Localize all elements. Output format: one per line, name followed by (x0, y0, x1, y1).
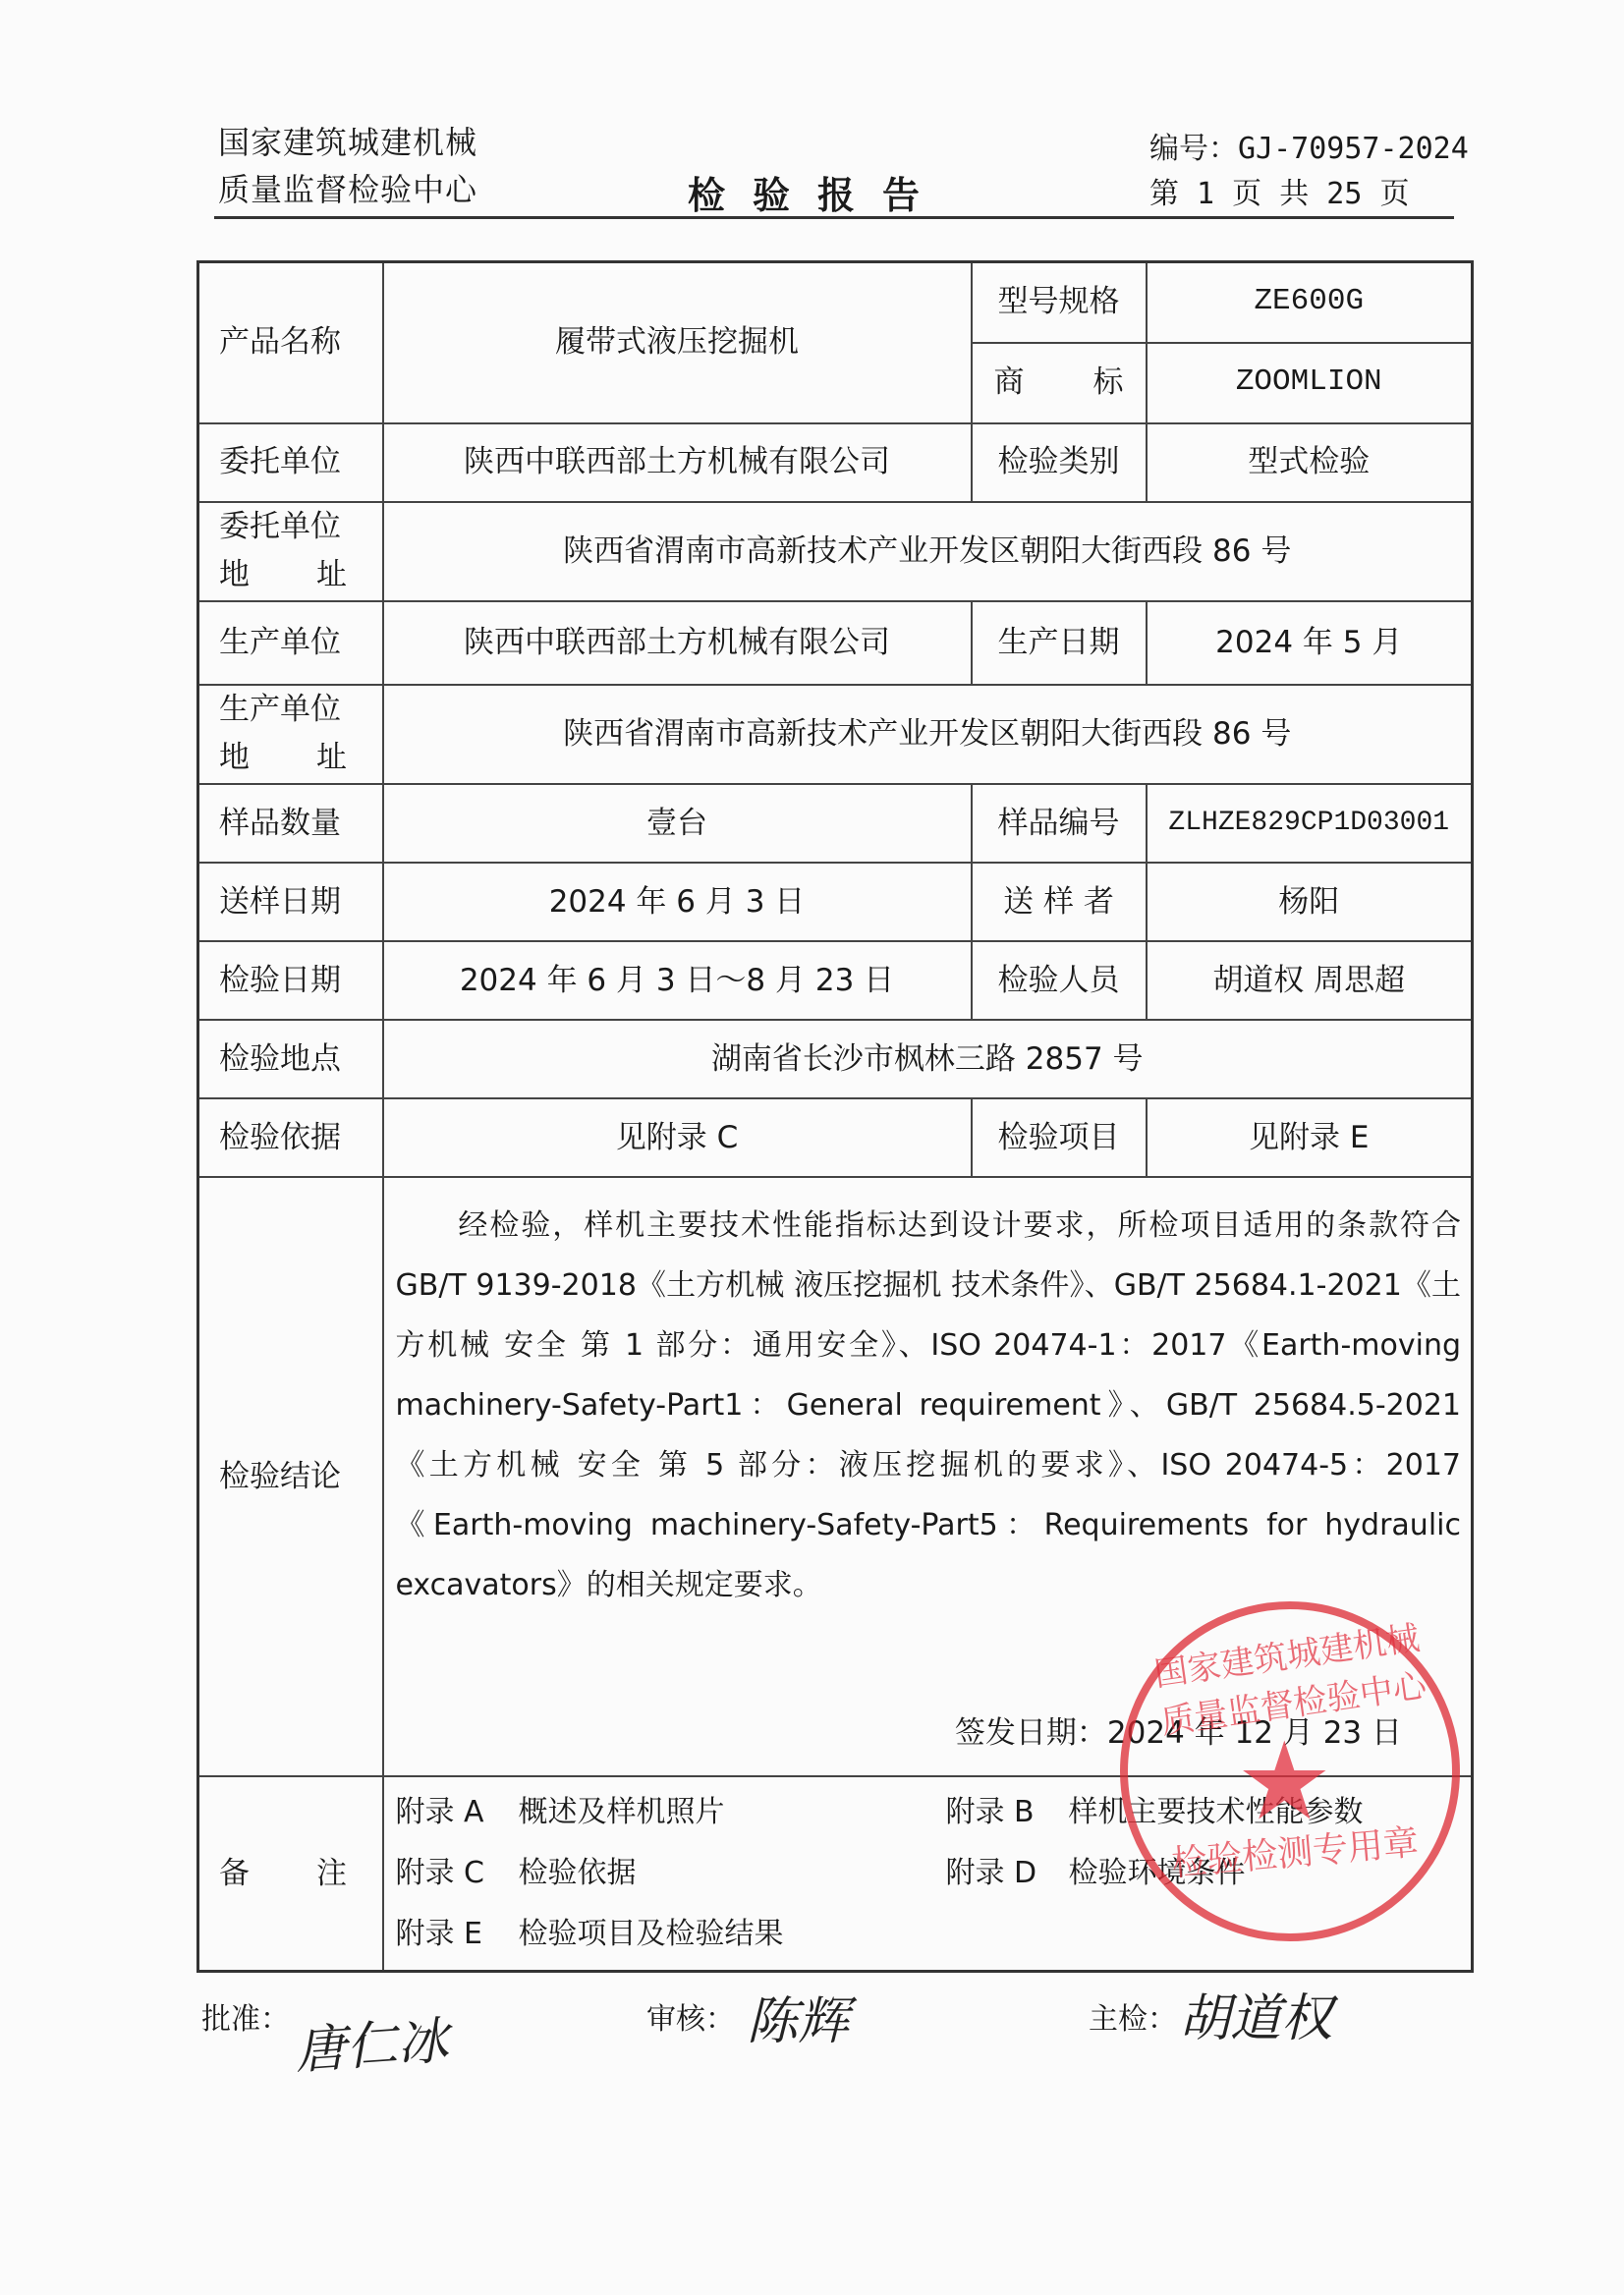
client-label: 委托单位 (198, 423, 383, 502)
chief-inspector-signature: 胡道权 (1179, 1977, 1332, 2050)
issue-date: 签发日期：2024 年 12 月 23 日 (396, 1704, 1462, 1763)
annex-a: 附录 A概述及样机照片 (396, 1787, 946, 1838)
manufacturer-address-label: 生产单位 地址 (198, 685, 383, 784)
sample-qty-label: 样品数量 (198, 784, 383, 863)
brand-label: 商标 (972, 343, 1147, 423)
page-info: 第 1 页 共 25 页 (1149, 169, 1410, 212)
inspectors-value: 胡道权 周思超 (1147, 941, 1473, 1020)
review-label: 审核： (646, 1994, 735, 2038)
items-value: 见附录 E (1147, 1098, 1473, 1177)
inspection-date-value: 2024 年 6 月 3 日～8 月 23 日 (383, 941, 972, 1020)
client-address-label: 委托单位 地址 (198, 502, 383, 601)
report-table: 产品名称 履带式液压挖掘机 型号规格 ZE600G 商标 ZOOMLION 委托… (196, 260, 1474, 1973)
remarks-label: 备注 (198, 1776, 383, 1972)
inspection-type-label: 检验类别 (972, 423, 1147, 502)
product-name: 履带式液压挖掘机 (383, 262, 972, 423)
sample-no-label: 样品编号 (972, 784, 1147, 863)
delivery-date-value: 2024 年 6 月 3 日 (383, 863, 972, 941)
manufacturer-value: 陕西中联西部土方机械有限公司 (383, 601, 972, 685)
inspectors-label: 检验人员 (972, 941, 1147, 1020)
annex-c: 附录 C检验依据 (396, 1848, 946, 1899)
org-name-line1: 国家建筑城建机械 (218, 118, 477, 163)
annex-b: 附录 B样机主要技术性能参数 (946, 1787, 1460, 1838)
conclusion-label: 检验结论 (198, 1177, 383, 1776)
manufacturer-label: 生产单位 (198, 601, 383, 685)
inspection-type-value: 型式检验 (1147, 423, 1473, 502)
basis-value: 见附录 C (383, 1098, 972, 1177)
production-date-label: 生产日期 (972, 601, 1147, 685)
header-divider (214, 216, 1454, 219)
page-title: 检验报告 (688, 165, 947, 219)
location-label: 检验地点 (198, 1020, 383, 1098)
basis-label: 检验依据 (198, 1098, 383, 1177)
model-label: 型号规格 (972, 262, 1147, 343)
conclusion-text: 经检验，样机主要技术性能指标达到设计要求，所检项目适用的条款符合 GB/T 91… (396, 1196, 1462, 1615)
sample-qty-value: 壹台 (383, 784, 972, 863)
approve-label: 批准： (201, 1994, 290, 2038)
deliverer-value: 杨阳 (1147, 863, 1473, 941)
manufacturer-address-value: 陕西省渭南市高新技术产业开发区朝阳大街西段 86 号 (383, 685, 1473, 784)
delivery-date-label: 送样日期 (198, 863, 383, 941)
model-value: ZE600G (1147, 262, 1473, 343)
review-signature: 陈辉 (747, 1980, 849, 2053)
production-date-value: 2024 年 5 月 (1147, 601, 1473, 685)
inspection-date-label: 检验日期 (198, 941, 383, 1020)
org-name-line2: 质量监督检验中心 (218, 165, 477, 210)
annex-list: 附录 A概述及样机照片 附录 B样机主要技术性能参数 附录 C检验依据 附录 D… (383, 1776, 1473, 1972)
deliverer-label: 送 样 者 (972, 863, 1147, 941)
product-name-label: 产品名称 (198, 262, 383, 423)
approve-signature: 唐仁冰 (293, 1999, 451, 2084)
client-address-value: 陕西省渭南市高新技术产业开发区朝阳大街西段 86 号 (383, 502, 1473, 601)
chief-inspector-label: 主检： (1089, 1994, 1177, 2038)
sample-no-value: ZLHZE829CP1D03001 (1147, 784, 1473, 863)
conclusion-cell: 经检验，样机主要技术性能指标达到设计要求，所检项目适用的条款符合 GB/T 91… (383, 1177, 1473, 1776)
annex-d: 附录 D检验环境条件 (946, 1848, 1460, 1899)
report-number: 编号：GJ-70957-2024 (1149, 124, 1469, 167)
annex-e: 附录 E检验项目及检验结果 (396, 1909, 946, 1960)
location-value: 湖南省长沙市枫林三路 2857 号 (383, 1020, 1473, 1098)
brand-value: ZOOMLION (1147, 343, 1473, 423)
items-label: 检验项目 (972, 1098, 1147, 1177)
client-value: 陕西中联西部土方机械有限公司 (383, 423, 972, 502)
